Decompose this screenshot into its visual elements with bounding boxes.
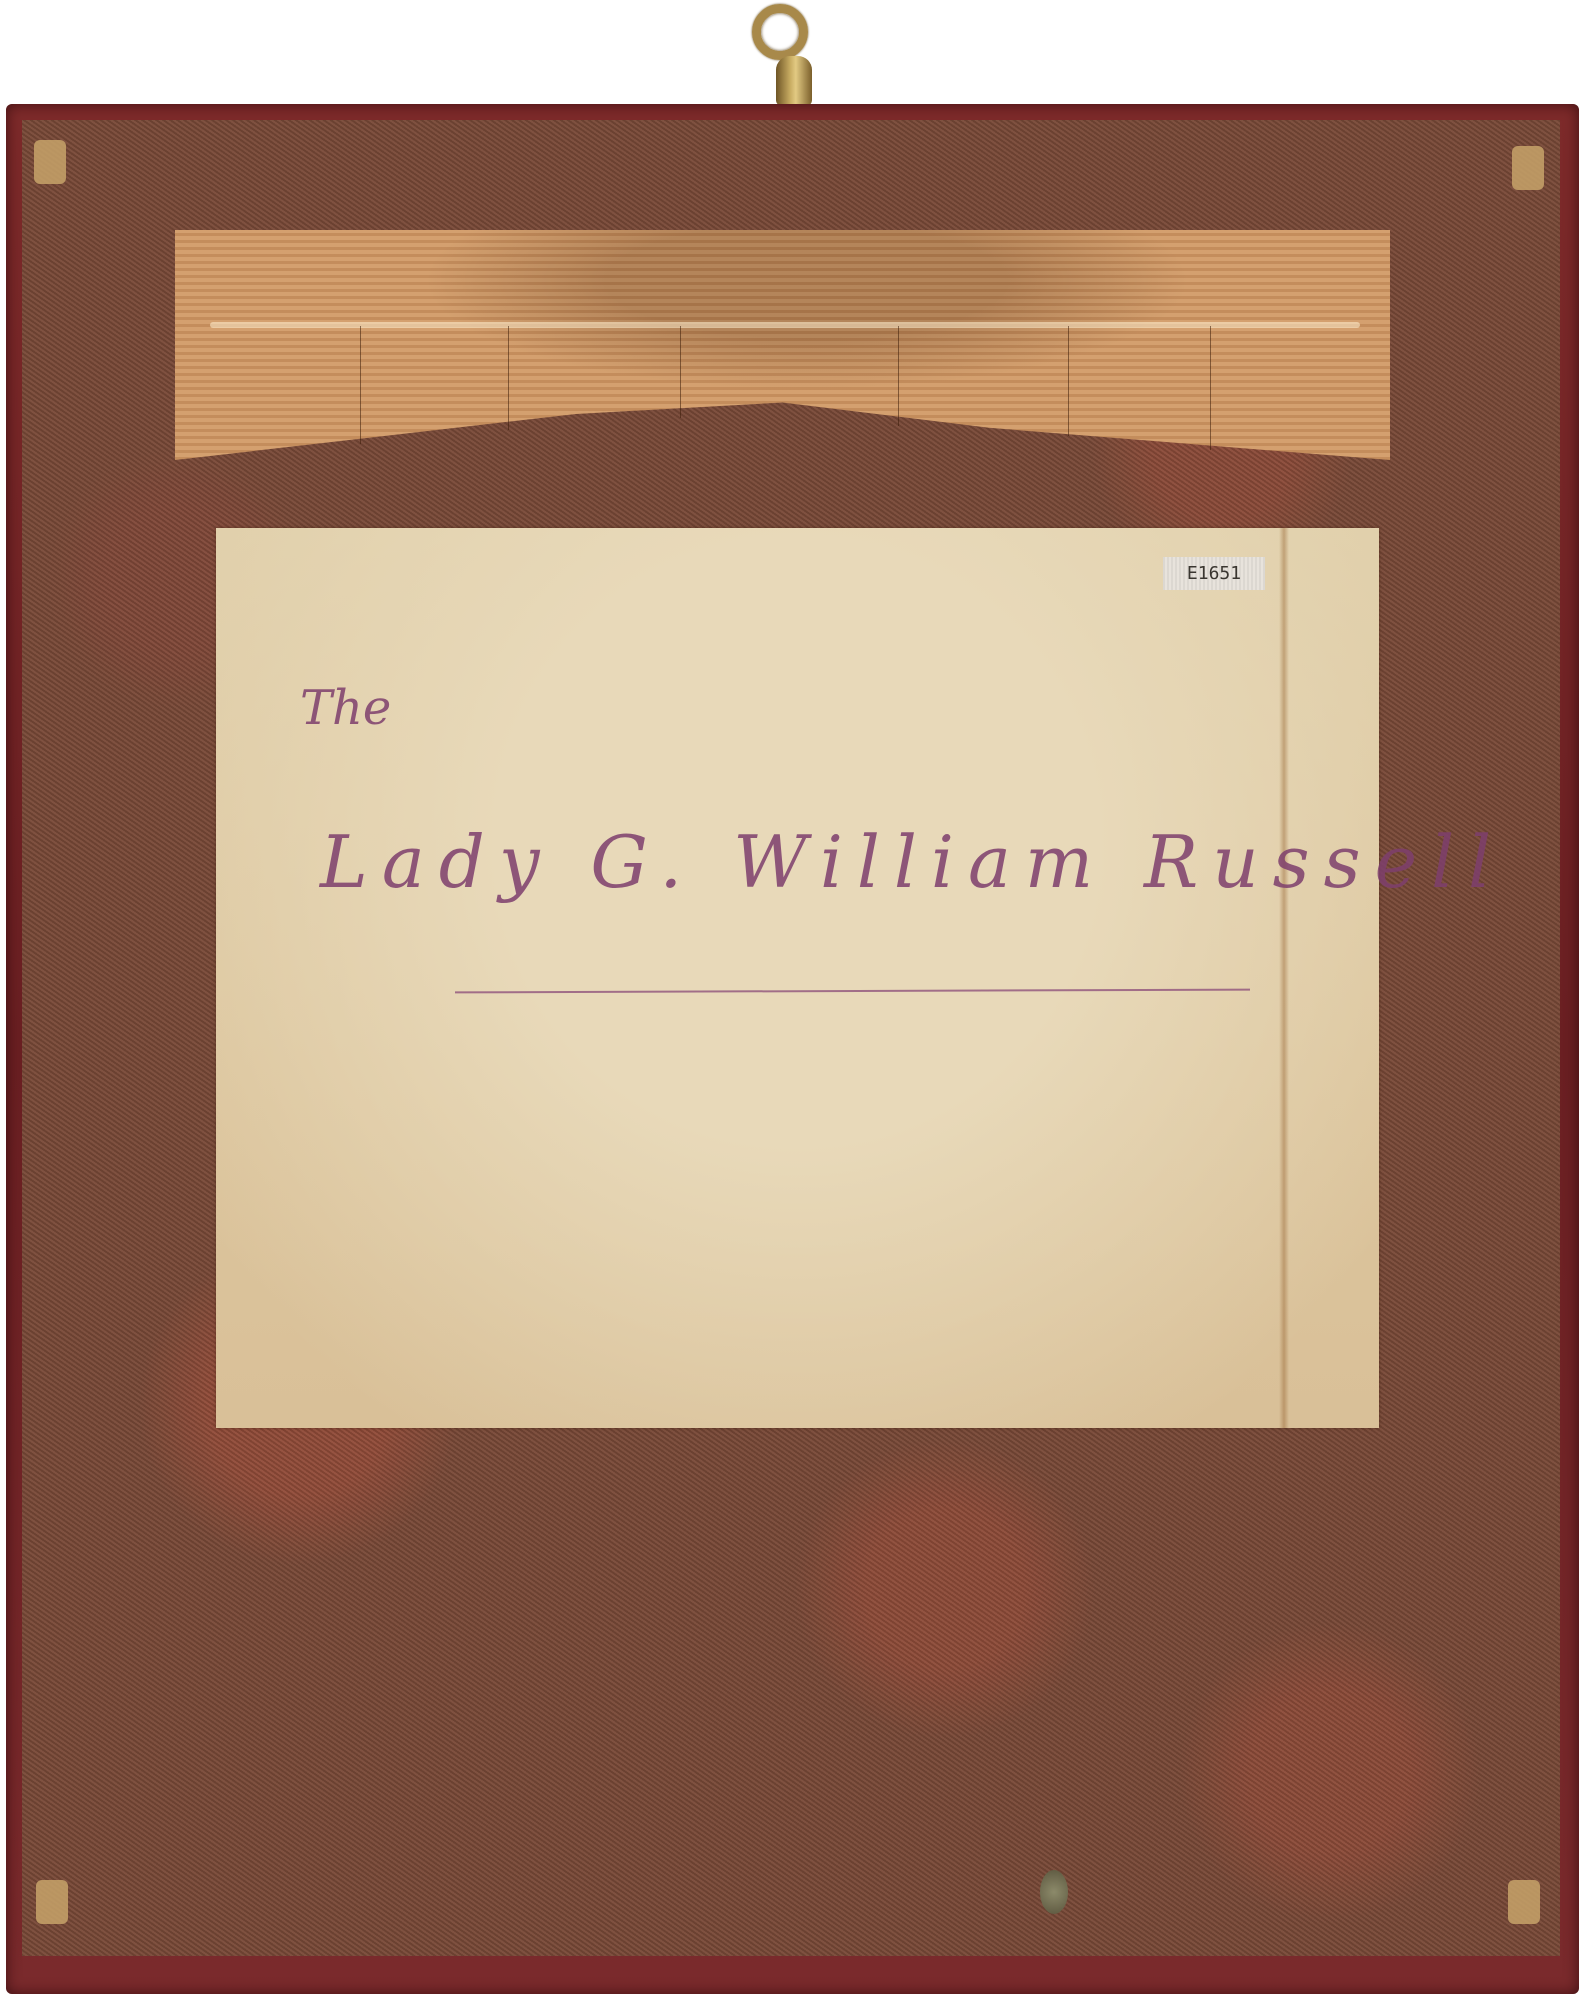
ring-mount <box>776 56 812 106</box>
corner-tack <box>34 140 66 184</box>
tape-cut <box>1210 326 1211 450</box>
metal-stud <box>1040 1870 1068 1914</box>
tape-cut <box>360 326 361 444</box>
inscription-line-2: Lady G. William Russell <box>320 820 1505 904</box>
corner-tack <box>1512 146 1544 190</box>
tape-crease <box>210 322 1360 328</box>
hanging-ring <box>752 4 808 60</box>
tape-cut <box>508 326 509 430</box>
tape-cut <box>680 326 681 418</box>
corner-tack <box>36 1880 68 1924</box>
tape-cut <box>898 326 899 426</box>
corner-tack <box>1508 1880 1540 1924</box>
inscription-line-1: The <box>300 680 391 736</box>
tape-cut <box>1068 326 1069 436</box>
paper-label <box>216 528 1379 1428</box>
inventory-tag: E1651 <box>1163 557 1265 590</box>
